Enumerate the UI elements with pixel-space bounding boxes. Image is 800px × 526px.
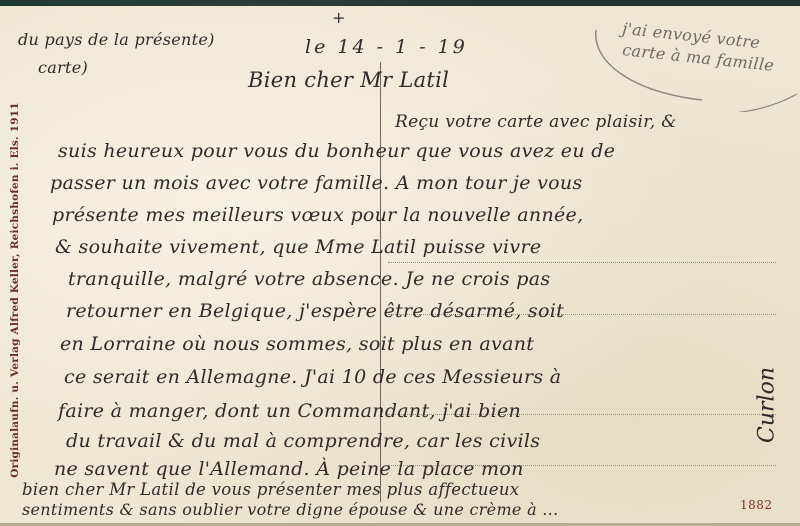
body-line-8: en Lorraine où nous sommes, soit plus en… (60, 333, 534, 355)
address-line-1 (388, 262, 776, 263)
card-top-edge (0, 0, 800, 6)
signature: Curlon (742, 345, 792, 465)
body-line-4: présente mes meilleurs vœux pour la nouv… (52, 204, 583, 226)
body-line-6: tranquille, malgré votre absence. Je ne … (68, 268, 550, 290)
body-line-3: passer un mois avec votre famille. A mon… (50, 172, 582, 194)
publisher-imprint: Originalaufn. u. Verlag Alfred Keller, R… (4, 110, 26, 470)
cross-mark: + (332, 8, 346, 27)
body-line-9: ce serait en Allemagne. J'ai 10 de ces M… (64, 366, 561, 388)
body-line-11: du travail & du mal à comprendre, car le… (66, 430, 540, 452)
body-line-10: faire à manger, dont un Commandant, j'ai… (58, 400, 521, 422)
letter-date: le 14 - 1 - 19 (305, 36, 468, 58)
body-line-7: retourner en Belgique, j'espère être dés… (66, 300, 564, 322)
postcard-back: Originalaufn. u. Verlag Alfred Keller, R… (0, 0, 800, 526)
body-line-5: & souhaite vivement, que Mme Latil puiss… (55, 236, 541, 258)
publisher-imprint-text: Originalaufn. u. Verlag Alfred Keller, R… (9, 102, 21, 477)
body-line-2: suis heureux pour vous du bonheur que vo… (58, 140, 615, 162)
salutation: Bien cher Mr Latil (248, 68, 449, 92)
signature-text: Curlon (755, 367, 780, 443)
body-line-14: sentiments & sans oublier votre digne ép… (22, 500, 558, 519)
top-left-note-line-1: du pays de la présente) (18, 30, 215, 49)
postmark-fragment: 1882 (740, 498, 773, 512)
body-line-13: bien cher Mr Latil de vous présenter mes… (22, 480, 519, 499)
body-line-1: Reçu votre carte avec plaisir, & (395, 112, 677, 132)
body-line-12: ne savent que l'Allemand. À peine la pla… (54, 458, 524, 480)
top-left-note-line-2: carte) (38, 58, 88, 77)
